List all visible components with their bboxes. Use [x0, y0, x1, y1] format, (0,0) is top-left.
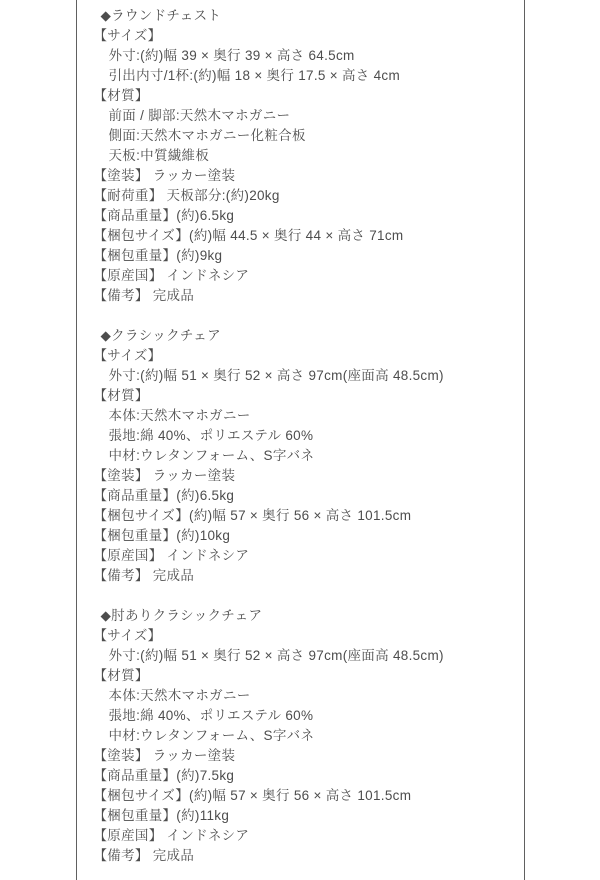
spec-line-material-label: 【材質】	[77, 666, 524, 686]
spec-line-material-top: 天板:中質繊維板	[77, 146, 524, 166]
spec-line-outer-size: 外寸:(約)幅 51 × 奥行 52 × 高さ 97cm(座面高 48.5cm)	[77, 366, 524, 386]
spec-sheet: ◆ラウンドチェスト 【サイズ】 外寸:(約)幅 39 × 奥行 39 × 高さ …	[76, 0, 525, 880]
spec-line-remarks: 【備考】 完成品	[77, 566, 524, 586]
spec-line-origin: 【原産国】 インドネシア	[77, 826, 524, 846]
product-section-classic-chair: ◆クラシックチェア 【サイズ】 外寸:(約)幅 51 × 奥行 52 × 高さ …	[77, 326, 524, 586]
product-title: ◆ラウンドチェスト	[77, 6, 524, 26]
spec-line-material-body: 本体:天然木マホガニー	[77, 686, 524, 706]
spec-line-package-size: 【梱包サイズ】(約)幅 57 × 奥行 56 × 高さ 101.5cm	[77, 506, 524, 526]
spec-line-package-weight: 【梱包重量】(約)10kg	[77, 526, 524, 546]
spec-line-coating: 【塗装】 ラッカー塗装	[77, 746, 524, 766]
spec-line-product-weight: 【商品重量】(約)6.5kg	[77, 486, 524, 506]
product-section-armed-classic-chair: ◆肘ありクラシックチェア 【サイズ】 外寸:(約)幅 51 × 奥行 52 × …	[77, 606, 524, 866]
spec-line-origin: 【原産国】 インドネシア	[77, 266, 524, 286]
product-section-round-chest: ◆ラウンドチェスト 【サイズ】 外寸:(約)幅 39 × 奥行 39 × 高さ …	[77, 6, 524, 306]
spec-line-material-label: 【材質】	[77, 86, 524, 106]
spec-line-size-label: 【サイズ】	[77, 626, 524, 646]
spec-line-origin: 【原産国】 インドネシア	[77, 546, 524, 566]
spec-line-material-side: 側面:天然木マホガニー化粧合板	[77, 126, 524, 146]
spec-line-package-size: 【梱包サイズ】(約)幅 44.5 × 奥行 44 × 高さ 71cm	[77, 226, 524, 246]
spec-line-coating: 【塗装】 ラッカー塗装	[77, 166, 524, 186]
spec-line-load-capacity: 【耐荷重】 天板部分:(約)20kg	[77, 186, 524, 206]
spec-line-size-label: 【サイズ】	[77, 26, 524, 46]
spec-line-coating: 【塗装】 ラッカー塗装	[77, 466, 524, 486]
spec-line-upholstery: 張地:綿 40%、ポリエステル 60%	[77, 426, 524, 446]
spec-line-remarks: 【備考】 完成品	[77, 846, 524, 866]
spec-line-outer-size: 外寸:(約)幅 39 × 奥行 39 × 高さ 64.5cm	[77, 46, 524, 66]
spec-line-size-label: 【サイズ】	[77, 346, 524, 366]
spec-line-material-label: 【材質】	[77, 386, 524, 406]
spec-line-material-body: 本体:天然木マホガニー	[77, 406, 524, 426]
spec-line-package-weight: 【梱包重量】(約)11kg	[77, 806, 524, 826]
spec-line-remarks: 【備考】 完成品	[77, 286, 524, 306]
spec-line-filling: 中材:ウレタンフォーム、S字バネ	[77, 726, 524, 746]
spec-line-upholstery: 張地:綿 40%、ポリエステル 60%	[77, 706, 524, 726]
spec-line-outer-size: 外寸:(約)幅 51 × 奥行 52 × 高さ 97cm(座面高 48.5cm)	[77, 646, 524, 666]
product-title: ◆クラシックチェア	[77, 326, 524, 346]
spec-line-material-front: 前面 / 脚部:天然木マホガニー	[77, 106, 524, 126]
spec-line-filling: 中材:ウレタンフォーム、S字バネ	[77, 446, 524, 466]
spec-line-drawer-size: 引出内寸/1杯:(約)幅 18 × 奥行 17.5 × 高さ 4cm	[77, 66, 524, 86]
product-title: ◆肘ありクラシックチェア	[77, 606, 524, 626]
spec-line-product-weight: 【商品重量】(約)6.5kg	[77, 206, 524, 226]
spec-line-package-size: 【梱包サイズ】(約)幅 57 × 奥行 56 × 高さ 101.5cm	[77, 786, 524, 806]
spec-line-package-weight: 【梱包重量】(約)9kg	[77, 246, 524, 266]
spec-line-product-weight: 【商品重量】(約)7.5kg	[77, 766, 524, 786]
